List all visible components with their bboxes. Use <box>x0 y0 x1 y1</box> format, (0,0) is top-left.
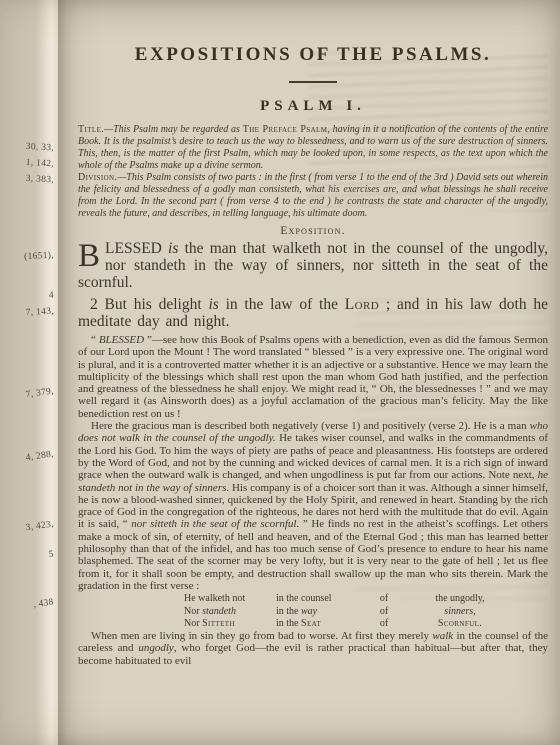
margin-page-number: 4 <box>2 291 54 304</box>
gradation-cell: Nor standeth <box>184 606 276 618</box>
division-note: Division.—This Psalm consists of two par… <box>78 172 548 220</box>
facing-page-edge: 30, 33, 1, 142, 3, 383, (1651), 4 7, 143… <box>0 0 58 745</box>
scripture-verse-2: 2 But his delight is in the law of the L… <box>78 296 548 330</box>
exposition-heading: Exposition. <box>78 225 548 237</box>
gradation-cell: in the counsel <box>276 593 362 605</box>
gradation-cell: Nor Sitteth <box>184 618 276 630</box>
gradation-cell: of <box>362 618 406 630</box>
psalm-heading: PSALM I. <box>78 98 548 115</box>
margin-page-number: 7, 143, <box>2 307 54 320</box>
running-head: EXPOSITIONS OF THE PSALMS. <box>78 0 548 66</box>
title-note: Title.—This Psalm may be regarded as The… <box>78 124 548 172</box>
headnotes: Title.—This Psalm may be regarded as The… <box>78 124 548 220</box>
margin-page-number: , 438 <box>2 597 55 614</box>
margin-page-number: 5 <box>2 549 55 566</box>
gradation-cell: in the way <box>276 606 362 618</box>
commentary-paragraph-3: When men are living in sin they go from … <box>78 630 548 667</box>
gradation-cell: He walketh not <box>184 593 276 605</box>
verse-1-text: LESSED is the man that walketh not in th… <box>78 240 548 291</box>
gradation-cell: the ungodly, <box>406 593 514 605</box>
gradation-cell: in the Seat <box>276 618 362 630</box>
margin-page-number: 3, 383, <box>2 173 54 186</box>
margin-page-number: 7, 379, <box>2 386 55 403</box>
margin-page-number: 30, 33, <box>2 141 54 154</box>
gradation-cell: sinners, <box>406 606 514 618</box>
commentary-paragraph-2: Here the gracious man is described both … <box>78 420 548 592</box>
margin-page-number: 4, 288, <box>2 449 55 466</box>
margin-page-number: 3, 423, <box>2 519 55 536</box>
commentary-paragraph-1: “ BLESSED ”—see how this Book of Psalms … <box>78 334 548 420</box>
gradation-cell: Scornful. <box>406 618 514 630</box>
main-page: EXPOSITIONS OF THE PSALMS. PSALM I. Titl… <box>58 0 560 745</box>
section-rule <box>289 81 337 83</box>
drop-cap-initial: B <box>78 240 105 271</box>
gradation-lines: He walketh not in the counsel of the ung… <box>184 593 548 630</box>
gradation-cell: of <box>362 593 406 605</box>
margin-page-number: 1, 142, <box>2 157 54 170</box>
scripture-verse-1: BLESSED is the man that walketh not in t… <box>78 240 548 291</box>
gradation-cell: of <box>362 606 406 618</box>
book-page-photo: 30, 33, 1, 142, 3, 383, (1651), 4 7, 143… <box>0 0 560 745</box>
margin-page-number: (1651), <box>2 251 54 264</box>
